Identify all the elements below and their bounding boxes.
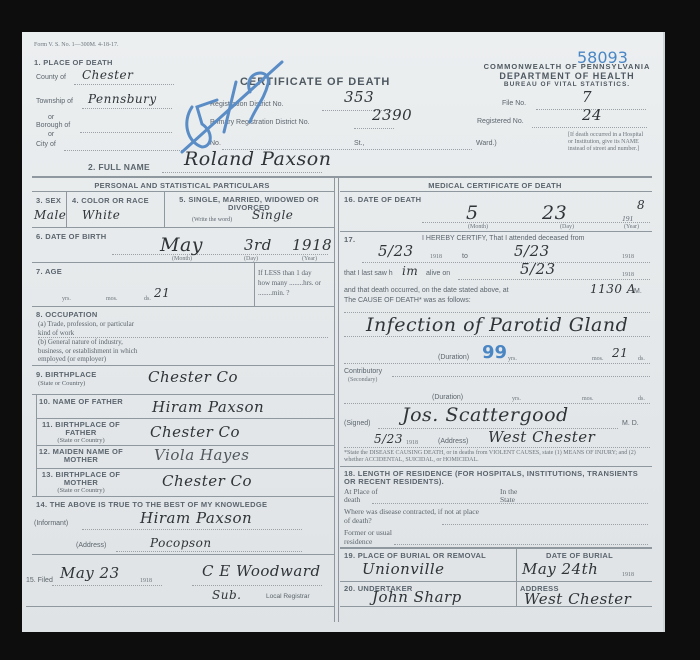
alive-on-value: 5/23 [520,260,556,278]
less-than-day: If LESS than 1 day how many ........hrs.… [258,268,321,298]
residence-label: 18. LENGTH OF RESIDENCE (For Hospitals, … [344,470,650,486]
full-name-label: 2. FULL NAME [88,162,150,172]
filed-value: May 23 [60,564,120,582]
certificate-number: 58093 [577,48,628,67]
less-day-line1: If LESS than 1 day [258,268,321,278]
cause-value: Infection of Parotid Gland [366,314,628,336]
file-no-value: 7 [582,88,592,106]
birthplace-hint: (State or Country) [38,380,85,387]
knowledge-label: 14. THE ABOVE IS TRUE TO THE BEST OF MY … [36,500,267,509]
primary-reg-value: 2390 [372,106,412,124]
attended-to: 5/23 [514,242,550,260]
dod-year-prefix: 191 [622,214,633,223]
attended-from: 5/23 [378,242,414,260]
at-place-label: At Place of death [344,488,384,504]
duration-ds: ds. [638,356,645,362]
footnote: *State the DISEASE CAUSING DEATH, or in … [344,450,650,464]
last-saw-pronoun: im [402,264,418,278]
father-name-label: 10. NAME OF FATHER [38,398,124,406]
contributory-label: Contributory [344,368,382,375]
commonwealth-text: COMMONWEALTH OF PENNSYLVANIA [477,62,657,71]
department-block: 58093 COMMONWEALTH OF PENNSYLVANIA DEPAR… [477,50,657,88]
certify-text: I HEREBY CERTIFY, That I attended deceas… [422,235,585,242]
in-state-label: In the State [500,488,530,504]
dod-label: 16. DATE OF DEATH [344,195,421,204]
birthplace-value: Chester Co [148,368,238,386]
age-yrs: yrs. [62,296,71,302]
mother-birthplace-hint: (State or Country) [38,487,124,494]
hospital-note: [If death occurred in a Hospital or Inst… [568,132,648,153]
township-value: Pennsbury [88,92,157,106]
attended-to-year: 1918 [622,254,634,260]
time-value: 1130 A [590,282,636,296]
father-birthplace-hint: (State or Country) [38,437,124,444]
last-saw-label: that I last saw h [344,270,393,277]
dod-year-suffix: 8 [637,198,645,212]
occupation-label: 8. OCCUPATION [36,310,98,319]
alive-on-year: 1918 [622,272,634,278]
race-label: 4. COLOR OR RACE [72,196,149,205]
dob-day: 3rd [244,236,272,254]
informant-address-label: (Address) [76,542,106,549]
attended-from-year: 1918 [430,254,442,260]
md-label: M. D. [622,420,639,427]
age-label: 7. AGE [36,267,62,276]
dod-month: 5 [466,202,479,224]
burial-label: 19. PLACE OF BURIAL OR REMOVAL [344,551,486,560]
burial-date-label: DATE OF BURIAL [546,551,613,560]
dob-year: 1918 [292,236,332,254]
burial-date-year: 1918 [622,572,634,578]
marital-value: Single [252,208,293,222]
contributory-mos: mos. [582,396,594,402]
age-days-value: 21 [154,286,170,300]
dod-day: 23 [542,202,567,224]
marital-hint: (Write the word) [192,217,232,223]
to-label: to [462,253,468,260]
less-day-line2: how many ........hrs. or [258,278,321,288]
contributory-yrs: yrs. [512,396,521,402]
registered-no-value: 24 [582,106,602,124]
contributory-hint: (Secondary) [348,377,377,383]
filed-year: 1918 [140,578,152,584]
sex-value: Male [34,208,66,222]
borough-label: Borough of [36,122,70,129]
or-text: or [48,131,54,138]
signed-date: 5/23 [374,432,403,446]
contributory-duration-label: (Duration) [432,394,463,401]
occupation-b: (b) General nature of industry, business… [38,338,148,364]
mother-birthplace-value: Chester Co [162,472,252,490]
registrar-value: C E Woodward [202,562,321,580]
signed-address-label: (Address) [438,438,468,445]
registrar-sub: Sub. [212,588,241,602]
dob-label: 6. DATE OF BIRTH [36,232,107,241]
time-suffix: M. [634,288,642,295]
father-birthplace-label: 11. BIRTHPLACE OF FATHER [38,421,124,437]
duration-label: (Duration) [438,354,469,361]
ward-label: Ward.) [476,140,497,147]
undertaker-value: John Sharp [372,588,462,606]
city-label: City of [36,141,56,148]
signed-value: Jos. Scattergood [402,404,569,426]
reg-district-value: 353 [344,88,374,106]
form-number: Form V. S. No. 1—300M. 4-18-17. [34,42,118,48]
st-label: St., [354,140,365,147]
contracted-label: Where was disease contracted, if not at … [344,507,484,525]
full-name-value: Roland Paxson [184,148,332,170]
dod-month-caption: (Month) [468,224,488,230]
dob-month: May [160,234,203,256]
registrar-label: Local Registrar [266,593,310,600]
signed-label: (Signed) [344,420,370,427]
mother-birthplace-label: 13. BIRTHPLACE OF MOTHER [38,471,124,487]
less-day-line3: ........min. ? [258,288,321,298]
contributory-ds: ds. [638,396,645,402]
death-certificate: Form V. S. No. 1—300M. 4-18-17. 1. PLACE… [22,32,665,632]
birthplace-label: 9. BIRTHPLACE [36,370,97,379]
informant-value: Hiram Paxson [140,509,252,527]
duration-mos: mos. [592,356,604,362]
personal-heading: PERSONAL AND STATISTICAL PARTICULARS [32,181,332,190]
township-label: Township of [36,98,73,105]
alive-on-label: alive on [426,270,450,277]
registered-no-label: Registered No. [477,118,524,125]
duration-days: 21 [612,346,628,360]
file-no-label: File No. [502,100,526,107]
stamp-519 [172,52,292,162]
dod-year-caption: (Year) [624,224,639,230]
occupation-a: (a) Trade, profession, or particular kin… [38,320,146,337]
mother-name-value: Viola Hayes [154,446,249,464]
cause-label: The CAUSE OF DEATH* was as follows: [344,297,471,304]
burial-value: Unionville [362,560,445,578]
certify-no: 17. [344,235,355,244]
duration-yrs: yrs. [508,356,517,362]
medical-heading: MEDICAL CERTIFICATE OF DEATH [340,181,650,190]
duration-stamp: 99 [482,342,507,363]
filed-label: 15. Filed [26,577,53,584]
county-label: County of [36,74,66,81]
burial-date-value: May 24th [522,560,598,578]
age-ds: ds. [144,296,151,302]
bureau-text: BUREAU OF VITAL STATISTICS. [477,81,657,88]
race-value: White [82,208,120,222]
county-value: Chester [82,68,133,82]
informant-label: (Informant) [34,520,68,527]
informant-address-value: Pocopson [150,536,212,550]
dod-day-caption: (Day) [560,224,574,230]
sex-label: 3. SEX [36,196,61,205]
father-name-value: Hiram Paxson [152,398,264,416]
place-of-death-label: 1. PLACE OF DEATH [34,58,113,67]
marital-label: 5. SINGLE, MARRIED, WIDOWED OR DIVORCED [166,196,332,212]
father-birthplace-value: Chester Co [150,423,240,441]
mother-name-label: 12. MAIDEN NAME OF MOTHER [38,448,124,464]
former-label: Former or usual residence [344,528,394,546]
death-occurred-text: and that death occurred, on the date sta… [344,287,509,294]
department-text: DEPARTMENT OF HEALTH [477,71,657,81]
or-text: or [48,114,54,121]
signed-address-value: West Chester [488,428,595,446]
age-mos: mos. [106,296,118,302]
signed-year: 1918 [406,440,418,446]
